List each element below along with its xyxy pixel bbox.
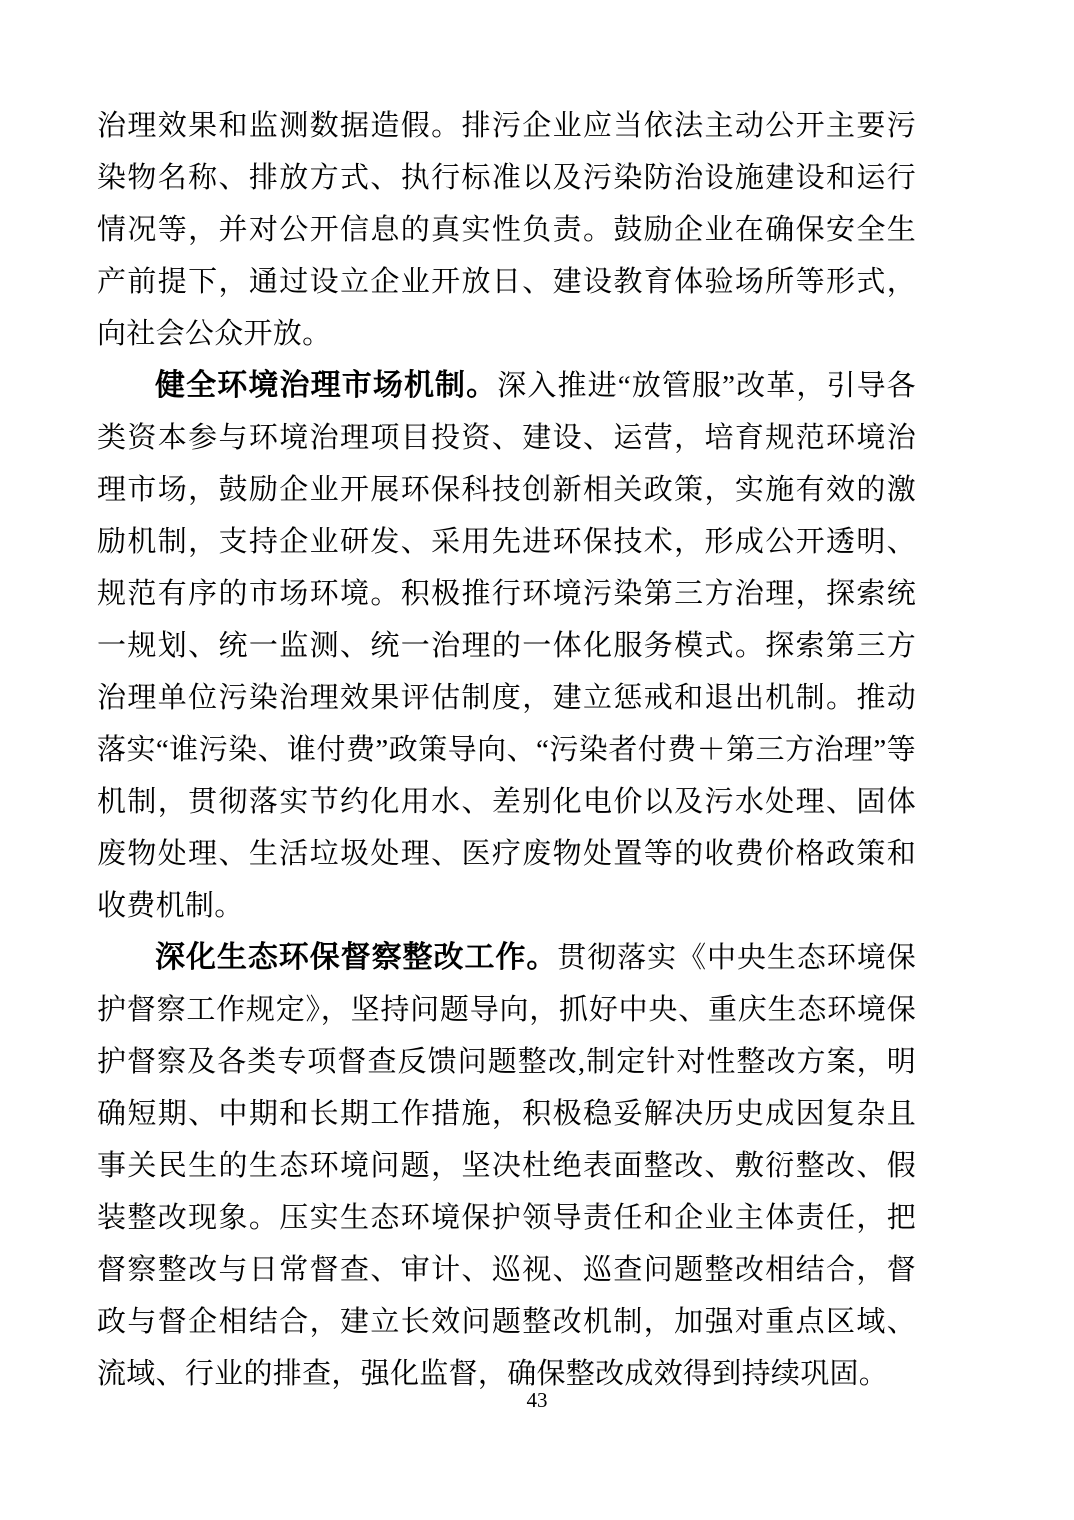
paragraph-2-heading: 健全环境治理市场机制。 xyxy=(155,369,497,402)
page-body: 治理效果和监测数据造假。排污企业应当依法主动公开主要污染物名称、排放方式、执行标… xyxy=(97,100,916,1400)
paragraph-3-text: 贯彻落实《中央生态环境保护督察工作规定》，坚持问题导向，抓好中央、重庆生态环境保… xyxy=(97,942,916,1390)
paragraph-inspection-rectification: 深化生态环保督察整改工作。贯彻落实《中央生态环境保护督察工作规定》，坚持问题导向… xyxy=(97,932,916,1400)
paragraph-2-text: 深入推进“放管服”改革，引导各类资本参与环境治理项目投资、建设、运营，培育规范环… xyxy=(97,370,916,922)
paragraph-market-mechanism: 健全环境治理市场机制。深入推进“放管服”改革，引导各类资本参与环境治理项目投资、… xyxy=(97,360,916,932)
paragraph-3-heading: 深化生态环保督察整改工作。 xyxy=(155,941,557,974)
paragraph-continuation: 治理效果和监测数据造假。排污企业应当依法主动公开主要污染物名称、排放方式、执行标… xyxy=(97,100,916,360)
document-page: 治理效果和监测数据造假。排污企业应当依法主动公开主要污染物名称、排放方式、执行标… xyxy=(0,0,1074,1520)
paragraph-1-text: 治理效果和监测数据造假。排污企业应当依法主动公开主要污染物名称、排放方式、执行标… xyxy=(97,110,916,350)
page-number: 43 xyxy=(0,1388,1074,1413)
